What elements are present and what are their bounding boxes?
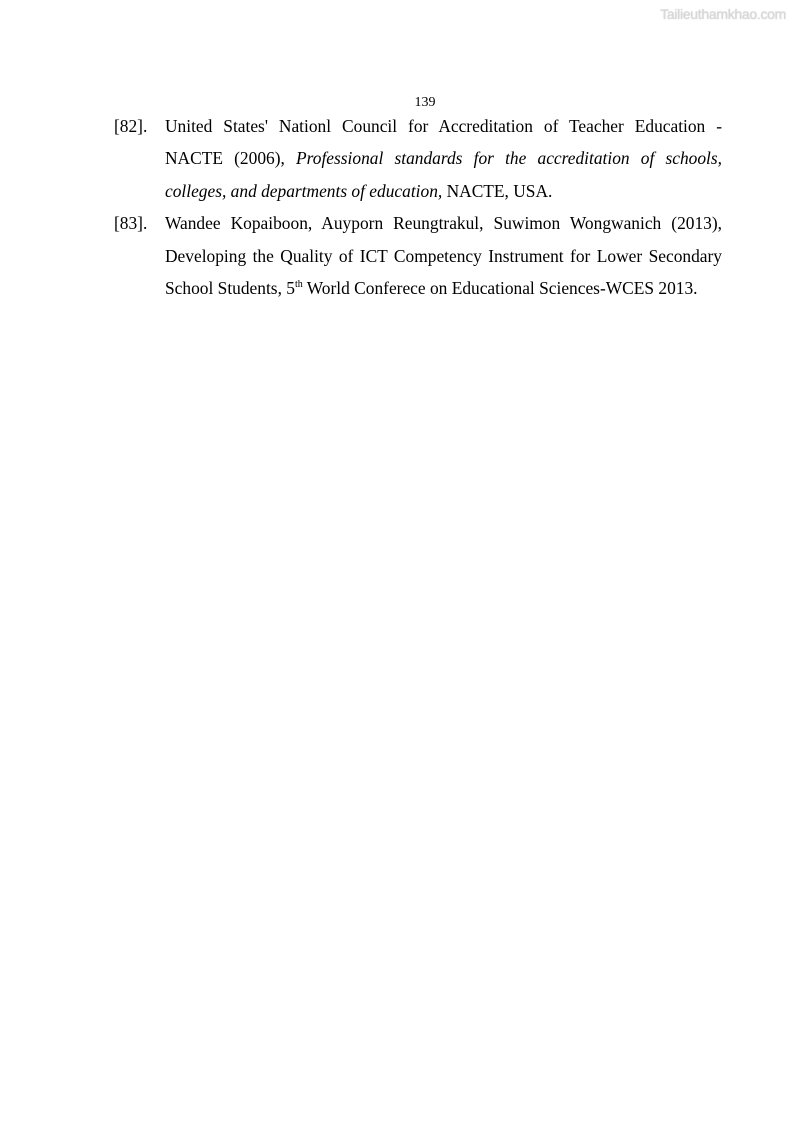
reference-list: [82]. United States' Nationl Council for… bbox=[114, 110, 722, 304]
page-number: 139 bbox=[0, 95, 794, 111]
reference-number: [82]. bbox=[114, 110, 147, 142]
watermark: Tailieuthamkhao.com bbox=[660, 6, 786, 22]
reference-text: United States' Nationl Council for Accre… bbox=[165, 110, 722, 207]
reference-number: [83]. bbox=[114, 207, 147, 239]
reference-text: Wandee Kopaiboon, Auyporn Reungtrakul, S… bbox=[165, 207, 722, 304]
reference-item: [83]. Wandee Kopaiboon, Auyporn Reungtra… bbox=[114, 207, 722, 304]
reference-item: [82]. United States' Nationl Council for… bbox=[114, 110, 722, 207]
